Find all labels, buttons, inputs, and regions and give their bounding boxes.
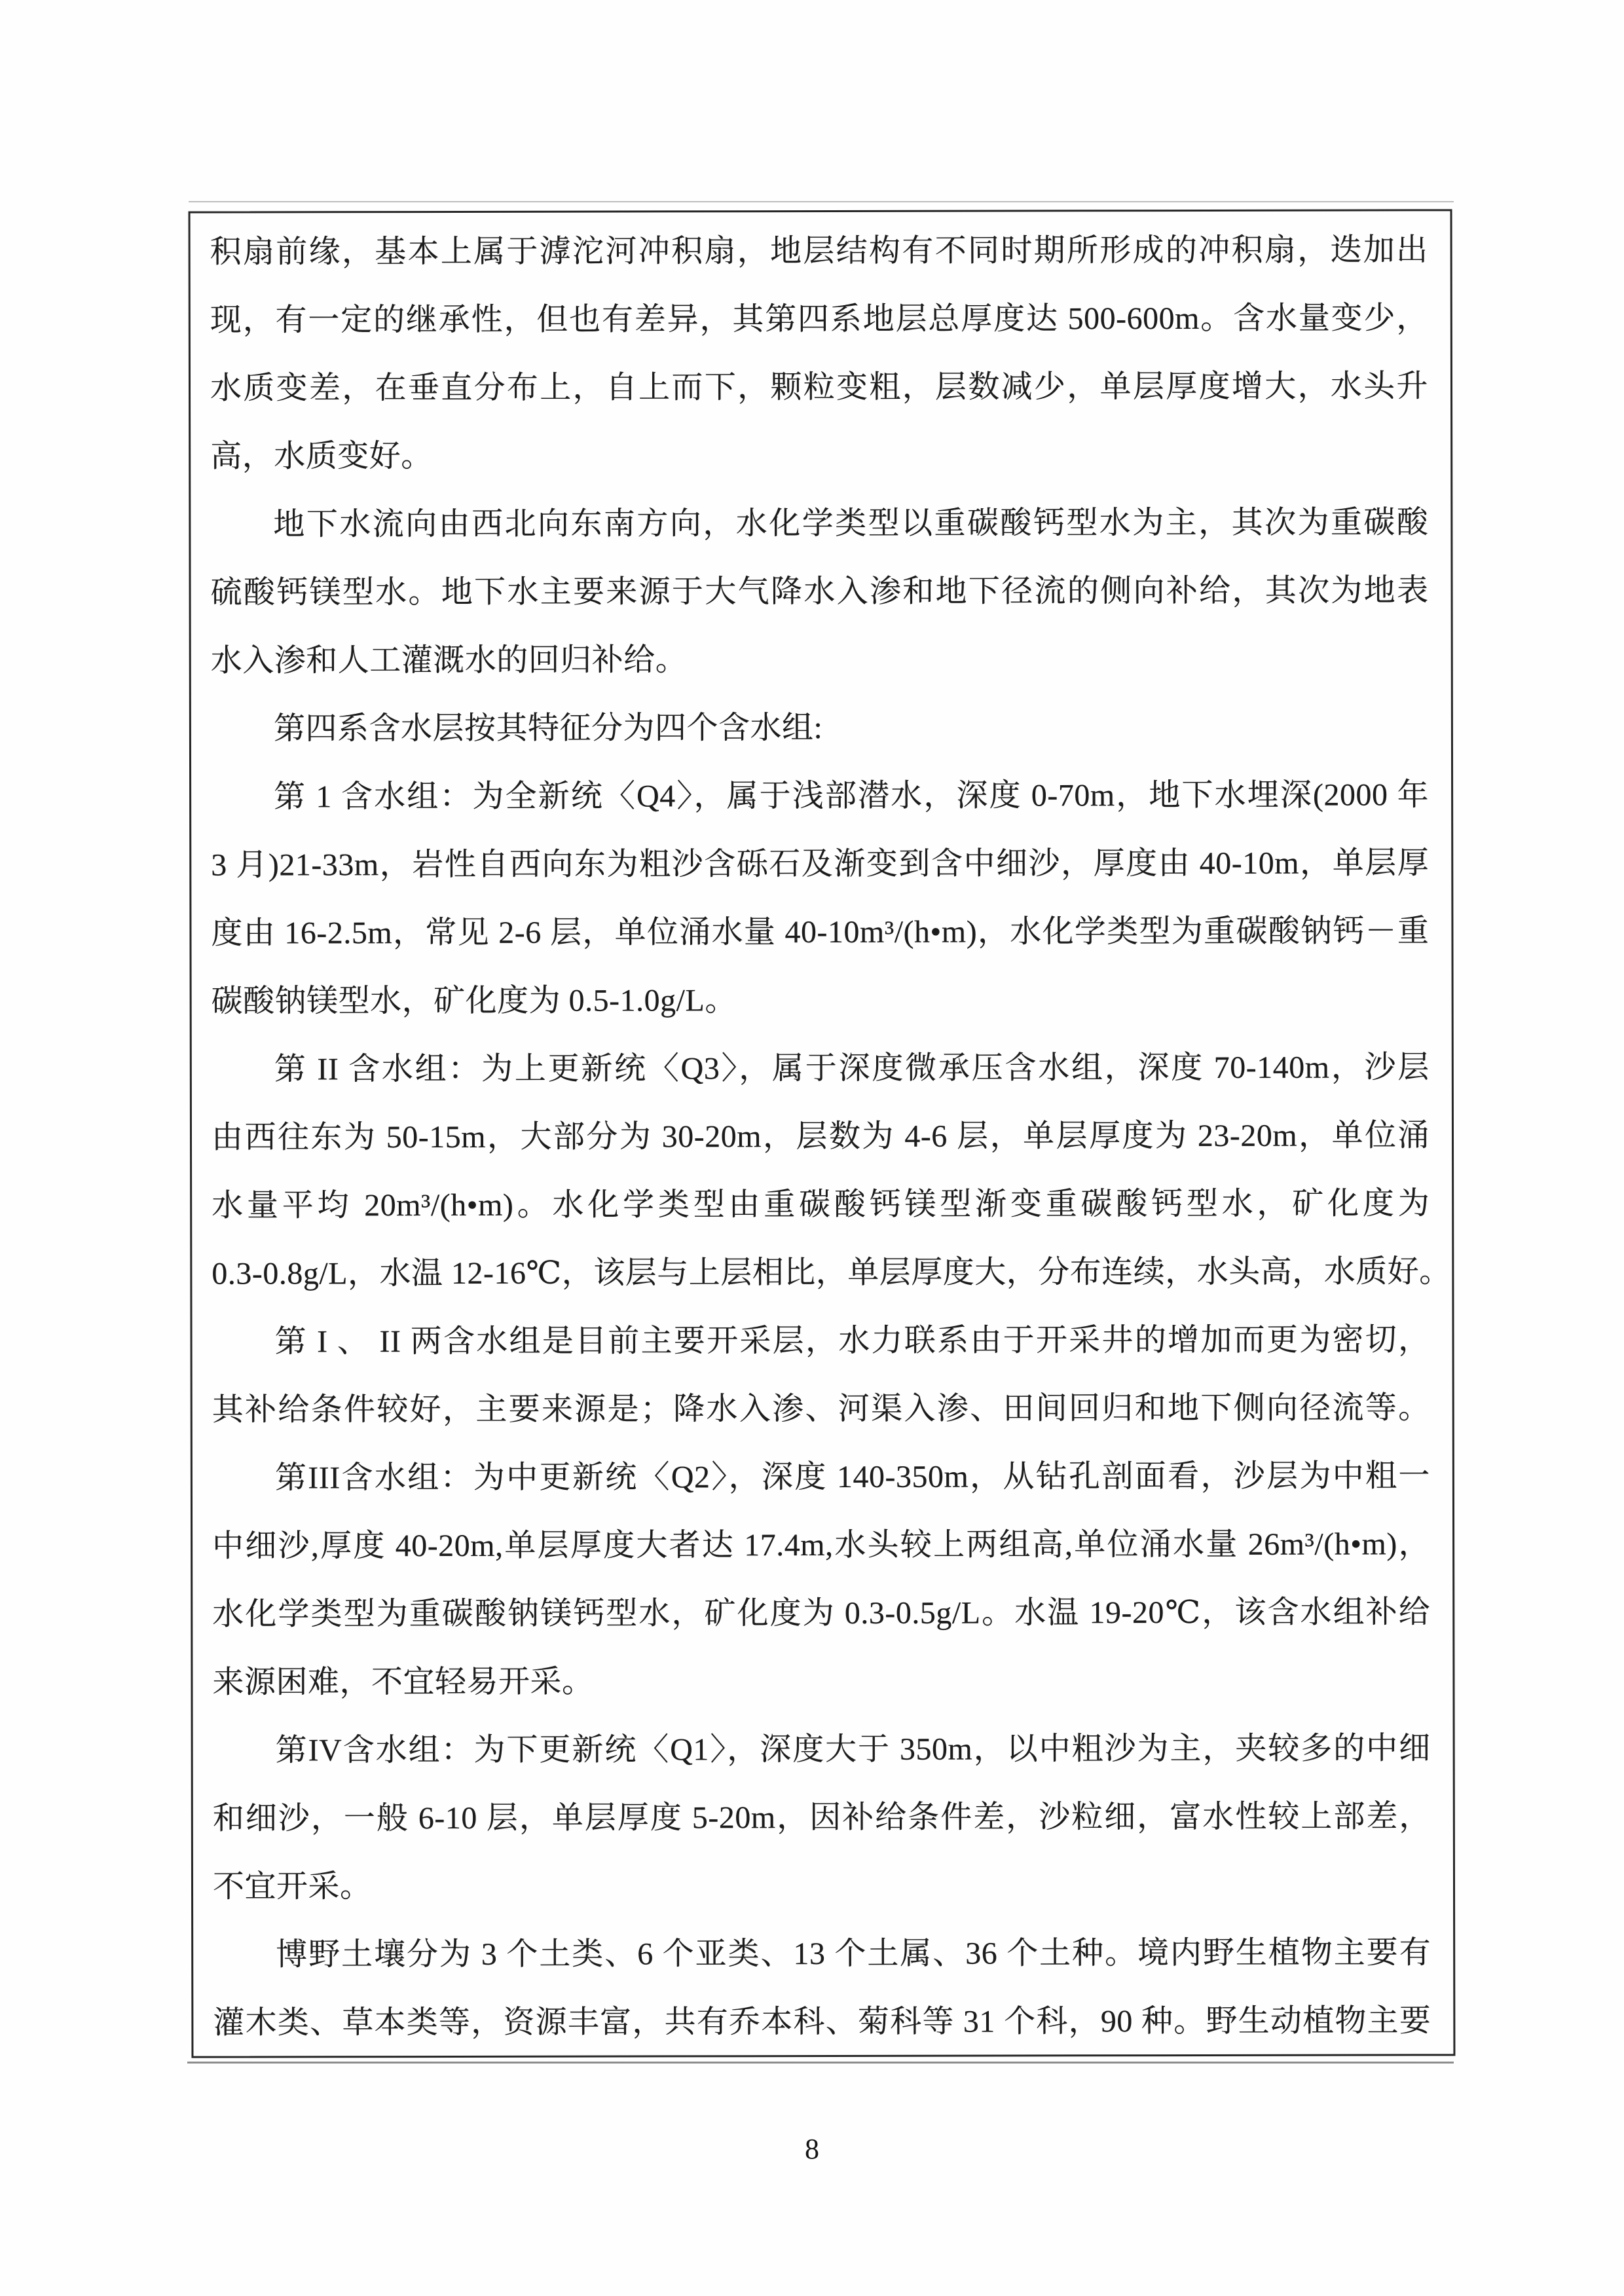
text-line-15: 水量平均 20m³/(h•m)。水化学类型由重碳酸钙镁型渐变重碳酸钙型水，矿化度… xyxy=(212,1170,1430,1240)
text-line-13: 第 II 含水组：为上更新统〈Q3〉，属于深度微承压含水组，深度 70-140m… xyxy=(212,1033,1430,1103)
page-number: 8 xyxy=(0,2130,1624,2169)
text-line-9: 第 1 含水组：为全新统〈Q4〉，属于浅部潜水，深度 0-70m，地下水埋深(2… xyxy=(211,761,1429,831)
text-line-25: 不宜开采。 xyxy=(213,1851,1431,1921)
text-line-18: 其补给条件较好，主要来源是；降水入渗、河渠入渗、田间回归和地下侧向径流等。 xyxy=(212,1374,1430,1444)
text-line-2: 现，有一定的继承性，但也有差异，其第四系地层总厚度达 500-600m。含水量变… xyxy=(210,284,1428,354)
text-line-19: 第III含水组：为中更新统〈Q2〉，深度 140-350m，从钻孔剖面看，沙层为… xyxy=(212,1442,1430,1512)
text-line-10: 3 月)21-33m，岩性自西向东为粗沙含砾石及渐变到含中细沙，厚度由 40-1… xyxy=(211,829,1429,899)
text-line-23: 第IV含水组：为下更新统〈Q1〉，深度大于 350m，以中粗沙为主，夹较多的中细 xyxy=(213,1714,1431,1785)
text-line-5: 地下水流向由西北向东南方向，水化学类型以重碳酸钙型水为主，其次为重碳酸 xyxy=(210,489,1428,559)
text-line-24: 和细沙，一般 6-10 层，单层厚度 5-20m，因补给条件差，沙粒细，富水性较… xyxy=(213,1783,1431,1853)
text-line-3: 水质变差，在垂直分布上，自上而下，颗粒变粗，层数减少，单层厚度增大，水头升 xyxy=(210,352,1428,422)
text-line-27: 灌木类、草本类等，资源丰富，共有乔本科、菊科等 31 个科，90 种。野生动植物… xyxy=(213,1987,1431,2057)
text-border-box: 积扇前缘，基本上属于滹沱河冲积扇，地层结构有不同时期所形成的冲积扇，迭加出现，有… xyxy=(189,209,1456,2058)
scan-artifact-line-bottom xyxy=(187,2062,1454,2064)
text-line-17: 第 I 、 II 两含水组是目前主要开采层，水力联系由于开采井的增加而更为密切， xyxy=(212,1306,1430,1376)
text-line-11: 度由 16-2.5m，常见 2-6 层，单位涌水量 40-10m³/(h•m)，… xyxy=(211,897,1429,967)
text-line-26: 博野土壤分为 3 个土类、6 个亚类、13 个土属、36 个土种。境内野生植物主… xyxy=(213,1919,1431,1989)
text-line-16: 0.3-0.8g/L，水温 12-16℃，该层与上层相比，单层厚度大，分布连续，… xyxy=(212,1238,1430,1308)
text-line-1: 积扇前缘，基本上属于滹沱河冲积扇，地层结构有不同时期所形成的冲积扇，迭加出 xyxy=(210,216,1428,286)
text-line-4: 高，水质变好。 xyxy=(210,420,1428,491)
document-page: { "page": { "number": "8" }, "colors": {… xyxy=(0,0,1624,2296)
text-line-12: 碳酸钠镁型水，矿化度为 0.5-1.0g/L。 xyxy=(212,965,1430,1035)
text-line-14: 由西往东为 50-15m，大部分为 30-20m，层数为 4-6 层，单层厚度为… xyxy=(212,1102,1430,1172)
scan-artifact-line-top xyxy=(189,201,1454,202)
text-line-22: 来源困难，不宜轻易开采。 xyxy=(212,1646,1430,1716)
text-line-8: 第四系含水层按其特征分为四个含水组: xyxy=(211,693,1429,763)
text-line-21: 水化学类型为重碳酸钠镁钙型水，矿化度为 0.3-0.5g/L。水温 19-20℃… xyxy=(212,1578,1430,1648)
text-line-7: 水入渗和人工灌溉水的回归补给。 xyxy=(211,625,1429,695)
text-line-6: 硫酸钙镁型水。地下水主要来源于大气降水入渗和地下径流的侧向补给，其次为地表 xyxy=(210,557,1428,627)
text-column: 积扇前缘，基本上属于滹沱河冲积扇，地层结构有不同时期所形成的冲积扇，迭加出现，有… xyxy=(191,211,1454,2057)
text-line-20: 中细沙,厚度 40-20m,单层厚度大者达 17.4m,水头较上两组高,单位涌水… xyxy=(212,1510,1430,1580)
